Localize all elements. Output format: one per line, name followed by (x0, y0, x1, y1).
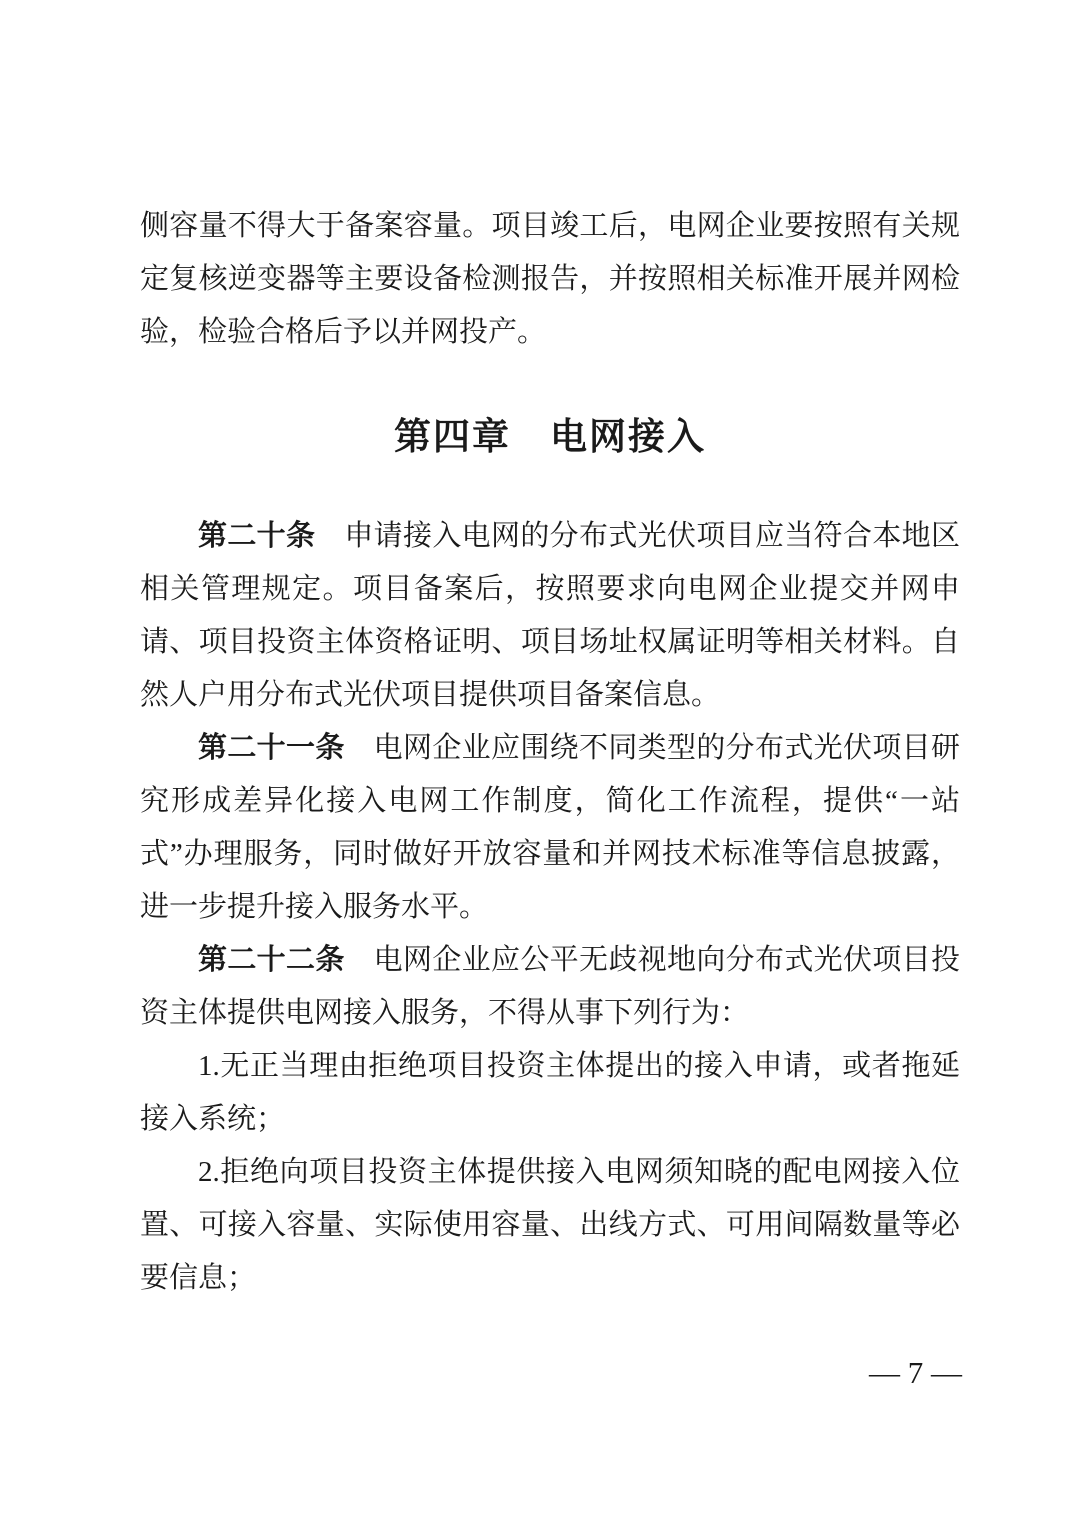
paragraph-continuation: 侧容量不得大于备案容量。项目竣工后，电网企业要按照有关规定复核逆变器等主要设备检… (140, 200, 960, 359)
chapter-heading: 第四章 电网接入 (140, 410, 960, 464)
document-body: 侧容量不得大于备案容量。项目竣工后，电网企业要按照有关规定复核逆变器等主要设备检… (140, 200, 960, 1305)
page-number: — 7 — (140, 1352, 962, 1394)
article-20-label: 第二十条 (198, 520, 315, 552)
list-item-2: 2.拒绝向项目投资主体提供接入电网须知晓的配电网接入位置、可接入容量、实际使用容… (140, 1146, 960, 1305)
article-20-paragraph: 第二十条申请接入电网的分布式光伏项目应当符合本地区相关管理规定。项目备案后，按照… (140, 510, 960, 722)
article-22-paragraph: 第二十二条电网企业应公平无歧视地向分布式光伏项目投资主体提供电网接入服务，不得从… (140, 934, 960, 1040)
document-page: 侧容量不得大于备案容量。项目竣工后，电网企业要按照有关规定复核逆变器等主要设备检… (0, 0, 1080, 1527)
article-21-label: 第二十一条 (198, 732, 345, 764)
article-21-paragraph: 第二十一条电网企业应围绕不同类型的分布式光伏项目研究形成差异化接入电网工作制度，… (140, 722, 960, 934)
article-22-label: 第二十二条 (198, 944, 345, 976)
list-item-1: 1.无正当理由拒绝项目投资主体提出的接入申请，或者拖延接入系统； (140, 1040, 960, 1146)
